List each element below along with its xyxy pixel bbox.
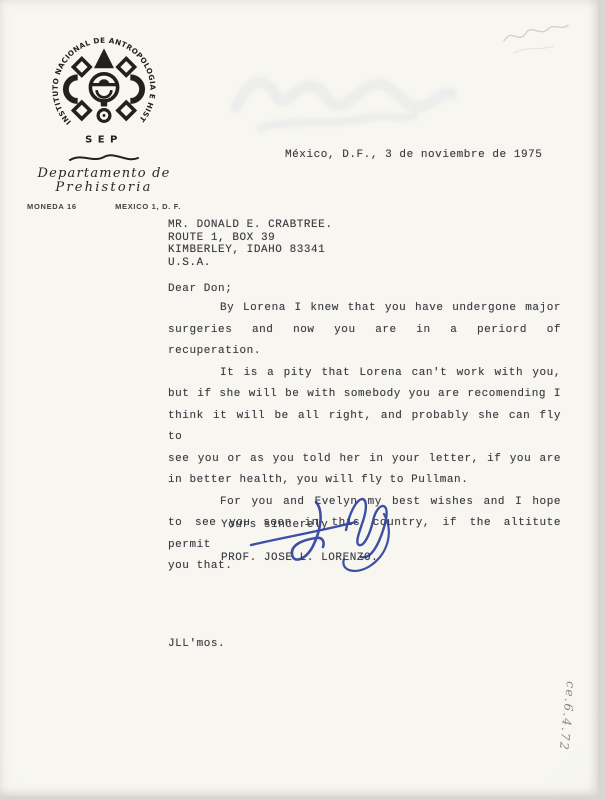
letterhead-city: MEXICO 1, D. F. <box>115 202 181 211</box>
body-line: It is a pity that Lorena can't work with… <box>168 363 561 385</box>
margin-note: ce.6.4.72 <box>554 681 578 774</box>
pencil-scribble <box>494 15 580 65</box>
body-line: but if she will be with somebody you are… <box>168 384 561 406</box>
seal-glyph <box>66 48 142 121</box>
handwritten-signature <box>246 488 401 583</box>
body-line: think it will be all right, and probably… <box>168 406 561 449</box>
body-line: see you or as you told her in your lette… <box>168 449 561 471</box>
recipient-line: KIMBERLEY, IDAHO 83341 <box>168 244 332 257</box>
recipient-line: U.S.A. <box>168 257 332 270</box>
letterhead-address: MONEDA 16 MEXICO 1, D. F. <box>26 202 182 211</box>
recipient-block: MR. DONALD E. CRABTREE. ROUTE 1, BOX 39 … <box>168 219 332 269</box>
signature-name: PROF. JOSE L. LORENZO. <box>221 552 378 564</box>
scanned-letter: INSTITUTO NACIONAL DE ANTROPOLOGIA E HIS… <box>0 0 606 800</box>
letterhead-divider <box>67 152 141 164</box>
salutation: Dear Don; <box>168 283 232 295</box>
recipient-line: ROUTE 1, BOX 39 <box>168 232 332 245</box>
typist-reference: JLL'mos. <box>168 638 225 650</box>
body-line: surgeries and now you are in a periord o… <box>168 320 561 363</box>
bleed-through-ghost <box>226 62 458 142</box>
body-line: By Lorena I knew that you have undergone… <box>168 298 561 320</box>
dateline: México, D.F., 3 de noviembre de 1975 <box>285 149 542 161</box>
letter-paper: INSTITUTO NACIONAL DE ANTROPOLOGIA E HIS… <box>0 0 598 796</box>
department-line1: Departamento de <box>26 167 182 181</box>
letterhead: INSTITUTO NACIONAL DE ANTROPOLOGIA E HIS… <box>26 32 182 211</box>
recipient-line: MR. DONALD E. CRABTREE. <box>168 219 332 232</box>
department-line2: Prehistoria <box>26 181 182 195</box>
seal-sep-text: SEP <box>85 135 123 146</box>
inah-seal: INSTITUTO NACIONAL DE ANTROPOLOGIA E HIS… <box>45 32 163 150</box>
letterhead-street: MONEDA 16 <box>27 202 77 211</box>
